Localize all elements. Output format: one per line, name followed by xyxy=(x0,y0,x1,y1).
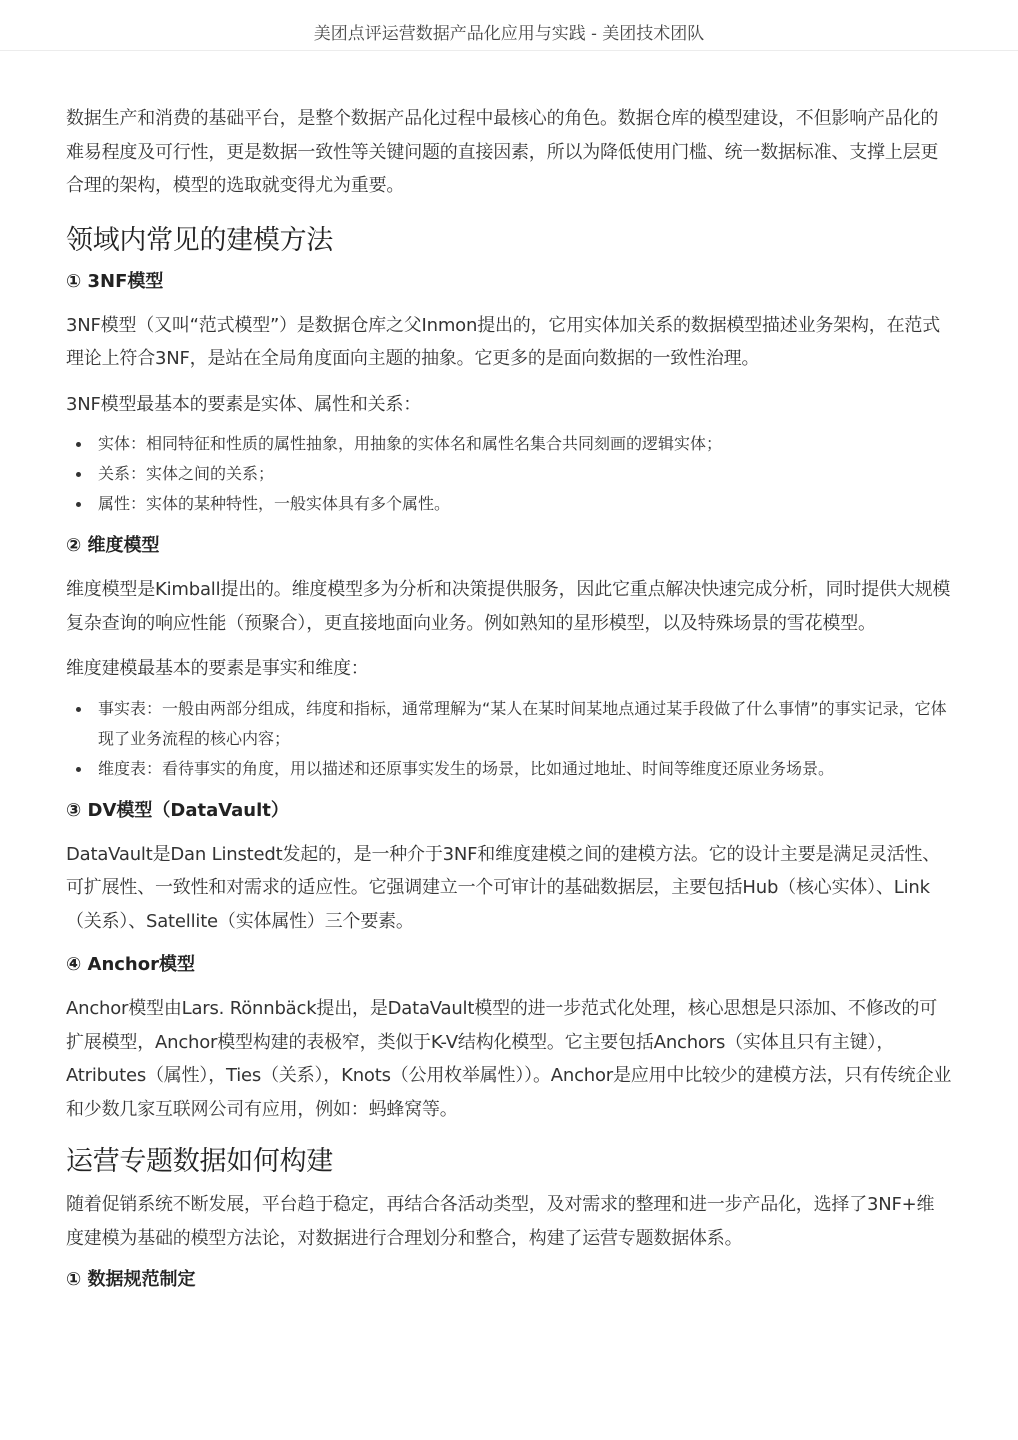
subheading-dimensional-model: ② 维度模型 xyxy=(66,533,952,559)
page-header: 美团点评运营数据产品化应用与实践 - 美团技术团队 xyxy=(0,0,1018,51)
section-heading-operations-data: 运营专题数据如何构建 xyxy=(66,1144,952,1180)
document-title: 美团点评运营数据产品化应用与实践 - 美团技术团队 xyxy=(314,26,705,43)
subheading-data-standards: ① 数据规范制定 xyxy=(66,1267,952,1293)
list-3nf-elements: 实体：相同特征和性质的属性抽象，用抽象的实体名和属性名集合共同刻画的逻辑实体； … xyxy=(66,429,952,519)
paragraph-anchor: Anchor模型由Lars. Rönnbäck提出，是DataVault模型的进… xyxy=(66,992,952,1126)
list-item: 实体：相同特征和性质的属性抽象，用抽象的实体名和属性名集合共同刻画的逻辑实体； xyxy=(66,429,952,459)
subheading-datavault-model: ③ DV模型（DataVault） xyxy=(66,798,952,824)
subheading-3nf-model: ① 3NF模型 xyxy=(66,269,952,295)
paragraph-3nf: 3NF模型（又叫“范式模型”）是数据仓库之父Inmon提出的，它用实体加关系的数… xyxy=(66,309,952,376)
paragraph-dimensional-elements: 维度建模最基本的要素是事实和维度： xyxy=(66,652,952,686)
article-content: 数据生产和消费的基础平台，是整个数据产品化过程中最核心的角色。数据仓库的模型建设… xyxy=(66,100,952,1293)
list-item: 维度表：看待事实的角度，用以描述和还原事实发生的场景，比如通过地址、时间等维度还… xyxy=(66,754,952,784)
paragraph-dimensional: 维度模型是Kimball提出的。维度模型多为分析和决策提供服务，因此它重点解决快… xyxy=(66,573,952,640)
paragraph-datavault: DataVault是Dan Linstedt发起的，是一种介于3NF和维度建模之… xyxy=(66,838,952,939)
subheading-anchor-model: ④ Anchor模型 xyxy=(66,952,952,978)
paragraph-operations-data: 随着促销系统不断发展，平台趋于稳定，再结合各活动类型，及对需求的整理和进一步产品… xyxy=(66,1188,952,1255)
intro-paragraph: 数据生产和消费的基础平台，是整个数据产品化过程中最核心的角色。数据仓库的模型建设… xyxy=(66,102,952,203)
list-item: 事实表：一般由两部分组成，纬度和指标，通常理解为“某人在某时间某地点通过某手段做… xyxy=(66,694,952,754)
section-heading-modeling-methods: 领域内常见的建模方法 xyxy=(66,223,952,259)
paragraph-3nf-elements: 3NF模型最基本的要素是实体、属性和关系： xyxy=(66,388,952,422)
list-dimensional-elements: 事实表：一般由两部分组成，纬度和指标，通常理解为“某人在某时间某地点通过某手段做… xyxy=(66,694,952,784)
list-item: 属性：实体的某种特性，一般实体具有多个属性。 xyxy=(66,489,952,519)
list-item: 关系：实体之间的关系； xyxy=(66,459,952,489)
